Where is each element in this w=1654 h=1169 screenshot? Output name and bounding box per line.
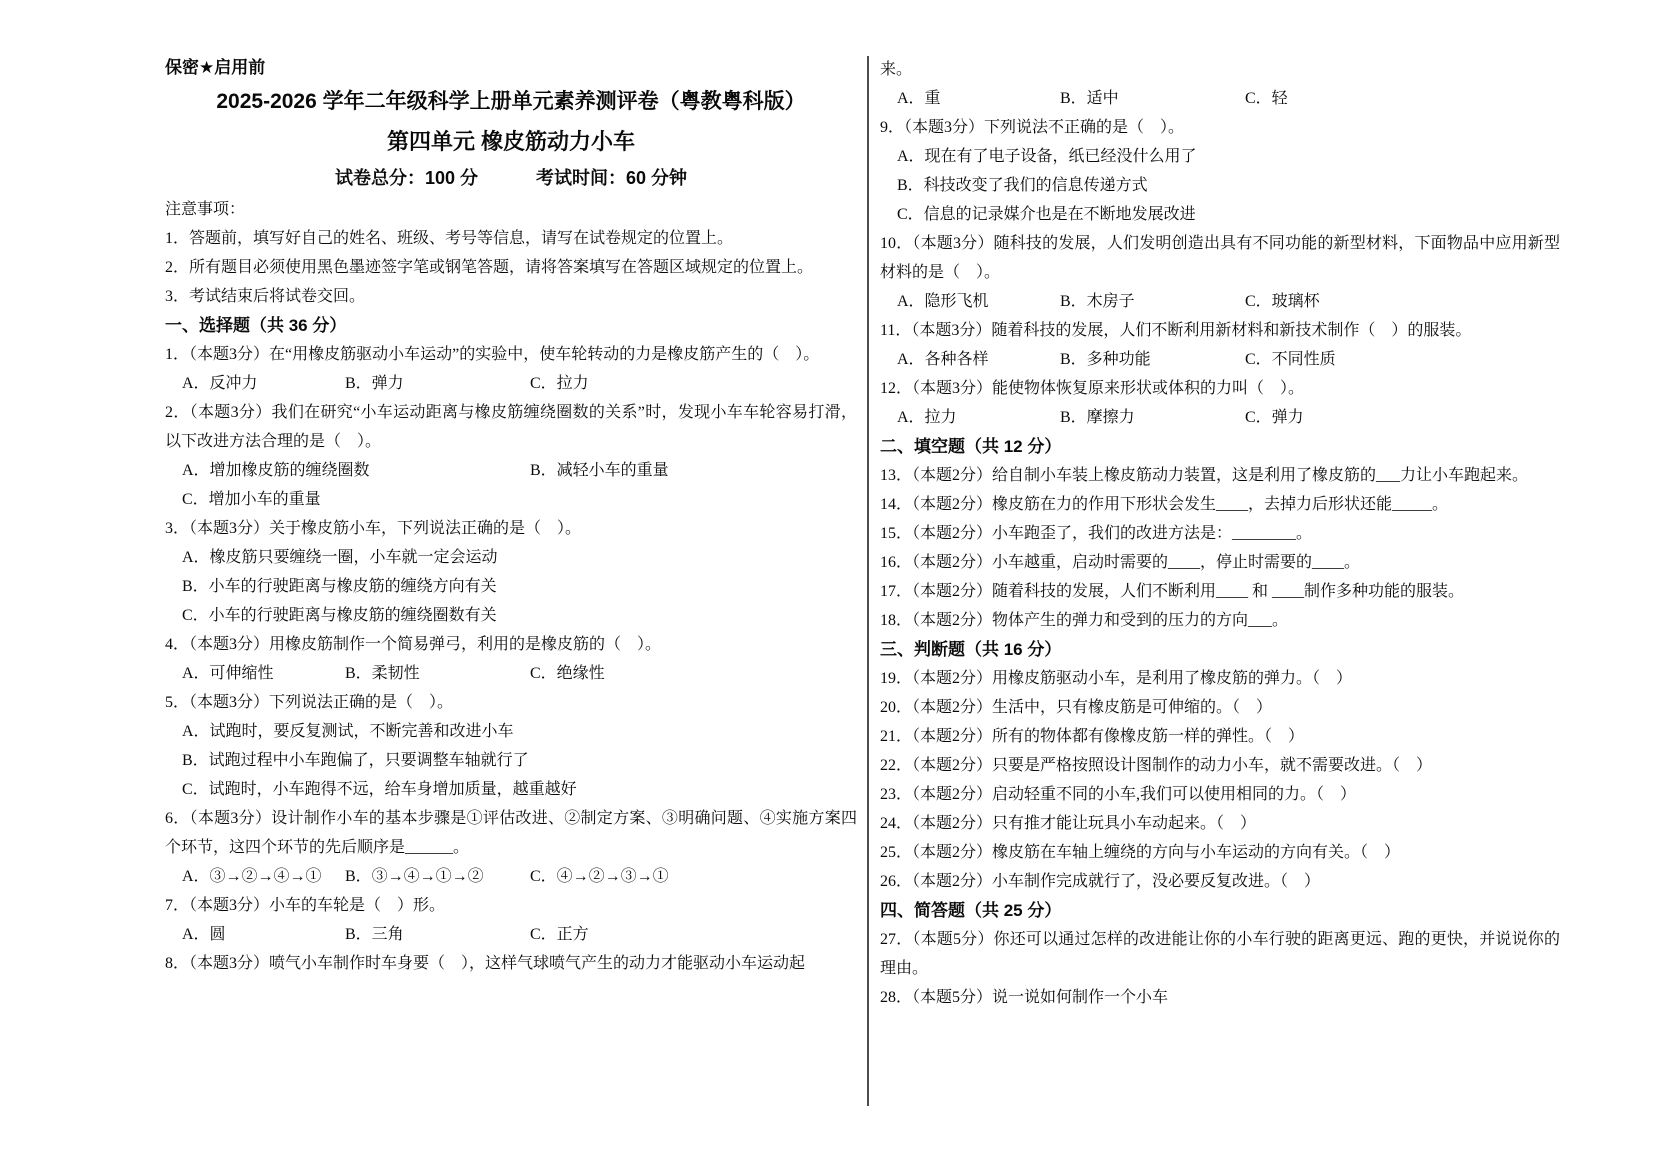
option-label: B．适中 [1060,84,1245,113]
question-27-text: 27．（本题5分）你还可以通过怎样的改进能让你的小车行驶的距离更远、跑的更快，并… [880,925,1560,983]
option-row: C．小车的行驶距离与橡皮筋的缠绕圈数有关 [165,601,857,630]
question-7-text: 7．（本题3分）小车的车轮是（ ）形。 [165,891,857,920]
exam-paper-page: 保密★启用前2025-2026 学年二年级科学上册单元素养测评卷（粤教粤科版）第… [0,0,1654,1169]
section-heading: 三、判断题（共 16 分） [880,635,1560,664]
section-heading: 二、填空题（共 12 分） [880,432,1560,461]
question-11-text: 11．（本题3分）随着科技的发展，人们不断利用新材料和新技术制作（ ）的服装。 [880,316,1560,345]
option-row: B．科技改变了我们的信息传递方式 [880,171,1560,200]
question-26-text: 26．（本题2分）小车制作完成就行了，没必要反复改进。（ ） [880,867,1560,896]
option-label: C．信息的记录媒介也是在不断地发展改进 [897,200,1196,229]
question-15-text: 15．（本题2分）小车跑歪了，我们的改进方法是：________。 [880,519,1560,548]
option-label: C．轻 [1245,84,1288,113]
option-row: A．各种各样B．多种功能C．不同性质 [880,345,1560,374]
option-label: A．橡皮筋只要缠绕一圈，小车就一定会运动 [182,543,498,572]
option-label: A．圆 [182,920,345,949]
option-label: B．三角 [345,920,530,949]
question-5-text: 5．（本题3分）下列说法正确的是（ ）。 [165,688,857,717]
option-row: A．圆B．三角C．正方 [165,920,857,949]
exam-duration-label: 考试时间：60 分钟 [536,161,687,195]
question-12-text: 12．（本题3分）能使物体恢复原来形状或体积的力叫（ ）。 [880,374,1560,403]
option-label: B．柔韧性 [345,659,530,688]
question-17-text: 17．（本题2分）随着科技的发展，人们不断利用____ 和 ____制作多种功能… [880,577,1560,606]
question-9-text: 9．（本题3分）下列说法不正确的是（ ）。 [880,113,1560,142]
option-label: A．重 [897,84,1060,113]
section-heading: 一、选择题（共 36 分） [165,311,857,340]
option-label: A．反冲力 [182,369,345,398]
question-16-text: 16．（本题2分）小车越重，启动时需要的____，停止时需要的____。 [880,548,1560,577]
option-label: A．试跑时，要反复测试，不断完善和改进小车 [182,717,514,746]
option-label: C．试跑时，小车跑得不远，给车身增加质量，越重越好 [182,775,577,804]
question-24-text: 24．（本题2分）只有推才能让玩具小车动起来。（ ） [880,809,1560,838]
question-2-text: 2．（本题3分）我们在研究“小车运动距离与橡皮筋缠绕圈数的关系”时，发现小车车轮… [165,398,857,456]
exam-meta: 试卷总分：100 分考试时间：60 分钟 [165,161,857,195]
question-4-text: 4．（本题3分）用橡皮筋制作一个简易弹弓，利用的是橡皮筋的（ ）。 [165,630,857,659]
option-label: C．弹力 [1245,403,1304,432]
question-23-text: 23．（本题2分）启动轻重不同的小车,我们可以使用相同的力。（ ） [880,780,1560,809]
question-19-text: 19．（本题2分）用橡皮筋驱动小车，是利用了橡皮筋的弹力。（ ） [880,664,1560,693]
note-item: 3．考试结束后将试卷交回。 [165,282,857,311]
option-row: A．反冲力B．弹力C．拉力 [165,369,857,398]
option-label: B．弹力 [345,369,530,398]
option-label: C．④→②→③→① [530,862,669,891]
column-divider [867,56,869,1106]
option-label: B．小车的行驶距离与橡皮筋的缠绕方向有关 [182,572,497,601]
exam-subtitle: 第四单元 橡皮筋动力小车 [165,123,857,161]
option-row: A．拉力B．摩擦力C．弹力 [880,403,1560,432]
option-label: C．不同性质 [1245,345,1336,374]
option-label: A．③→②→④→① [182,862,345,891]
option-label: C．拉力 [530,369,589,398]
question-14-text: 14．（本题2分）橡皮筋在力的作用下形状会发生____，去掉力后形状还能____… [880,490,1560,519]
left-column: 保密★启用前2025-2026 学年二年级科学上册单元素养测评卷（粤教粤科版）第… [165,55,857,978]
security-classification: 保密★启用前 [165,55,857,81]
question-22-text: 22．（本题2分）只要是严格按照设计图制作的动力小车，就不需要改进。（ ） [880,751,1560,780]
option-row: A．可伸缩性B．柔韧性C．绝缘性 [165,659,857,688]
option-row: C．增加小车的重量 [165,485,857,514]
question-1-text: 1．（本题3分）在“用橡皮筋驱动小车运动”的实验中，使车轮转动的力是橡皮筋产生的… [165,340,857,369]
option-label: C．正方 [530,920,589,949]
question-20-text: 20．（本题2分）生活中，只有橡皮筋是可伸缩的。（ ） [880,693,1560,722]
option-label: B．摩擦力 [1060,403,1245,432]
option-row: B．试跑过程中小车跑偏了，只要调整车轴就行了 [165,746,857,775]
option-label: A．可伸缩性 [182,659,345,688]
option-label: A．增加橡皮筋的缠绕圈数 [182,456,530,485]
option-label: B．③→④→①→② [345,862,530,891]
question-8-text: 8．（本题3分）喷气小车制作时车身要（ ），这样气球喷气产生的动力才能驱动小车运… [165,949,857,978]
note-item: 1．答题前，填写好自己的姓名、班级、考号等信息，请写在试卷规定的位置上。 [165,224,857,253]
option-label: C．增加小车的重量 [182,485,321,514]
option-label: B．木房子 [1060,287,1245,316]
option-label: A．各种各样 [897,345,1060,374]
option-label: B．试跑过程中小车跑偏了，只要调整车轴就行了 [182,746,529,775]
option-row: A．现在有了电子设备，纸已经没什么用了 [880,142,1560,171]
question-28-text: 28．（本题5分）说一说如何制作一个小车 [880,983,1560,1012]
option-label: B．科技改变了我们的信息传递方式 [897,171,1148,200]
option-label: B．减轻小车的重量 [530,456,669,485]
option-row: A．增加橡皮筋的缠绕圈数B．减轻小车的重量 [165,456,857,485]
question-6-text: 6．（本题3分）设计制作小车的基本步骤是①评估改进、②制定方案、③明确问题、④实… [165,804,857,862]
option-row: A．橡皮筋只要缠绕一圈，小车就一定会运动 [165,543,857,572]
option-row: A．③→②→④→①B．③→④→①→②C．④→②→③→① [165,862,857,891]
option-label: C．绝缘性 [530,659,605,688]
option-label: C．小车的行驶距离与橡皮筋的缠绕圈数有关 [182,601,497,630]
question-10-text: 10．（本题3分）随科技的发展，人们发明创造出具有不同功能的新型材料，下面物品中… [880,229,1560,287]
total-score-label: 试卷总分：100 分 [335,161,478,195]
notes-heading: 注意事项： [165,195,857,224]
question-13-text: 13．（本题2分）给自制小车装上橡皮筋动力装置，这是利用了橡皮筋的___力让小车… [880,461,1560,490]
option-label: A．现在有了电子设备，纸已经没什么用了 [897,142,1197,171]
option-row: A．隐形飞机B．木房子C．玻璃杯 [880,287,1560,316]
right-column: 来。A．重B．适中C．轻9．（本题3分）下列说法不正确的是（ ）。A．现在有了电… [880,55,1560,1012]
option-label: B．多种功能 [1060,345,1245,374]
section-heading: 四、简答题（共 25 分） [880,896,1560,925]
exam-title: 2025-2026 学年二年级科学上册单元素养测评卷（粤教粤科版） [165,81,857,123]
note-item: 2．所有题目必须使用黑色墨迹签字笔或钢笔答题，请将答案填写在答题区域规定的位置上… [165,253,857,282]
question-8-continuation: 来。 [880,55,1560,84]
question-21-text: 21．（本题2分）所有的物体都有像橡皮筋一样的弹性。（ ） [880,722,1560,751]
question-18-text: 18．（本题2分）物体产生的弹力和受到的压力的方向___。 [880,606,1560,635]
option-row: B．小车的行驶距离与橡皮筋的缠绕方向有关 [165,572,857,601]
option-label: A．隐形飞机 [897,287,1060,316]
question-25-text: 25．（本题2分）橡皮筋在车轴上缠绕的方向与小车运动的方向有关。（ ） [880,838,1560,867]
option-label: A．拉力 [897,403,1060,432]
question-3-text: 3．（本题3分）关于橡皮筋小车，下列说法正确的是（ ）。 [165,514,857,543]
option-row: C．试跑时，小车跑得不远，给车身增加质量，越重越好 [165,775,857,804]
option-label: C．玻璃杯 [1245,287,1320,316]
option-row: A．试跑时，要反复测试，不断完善和改进小车 [165,717,857,746]
option-row: C．信息的记录媒介也是在不断地发展改进 [880,200,1560,229]
option-row: A．重B．适中C．轻 [880,84,1560,113]
